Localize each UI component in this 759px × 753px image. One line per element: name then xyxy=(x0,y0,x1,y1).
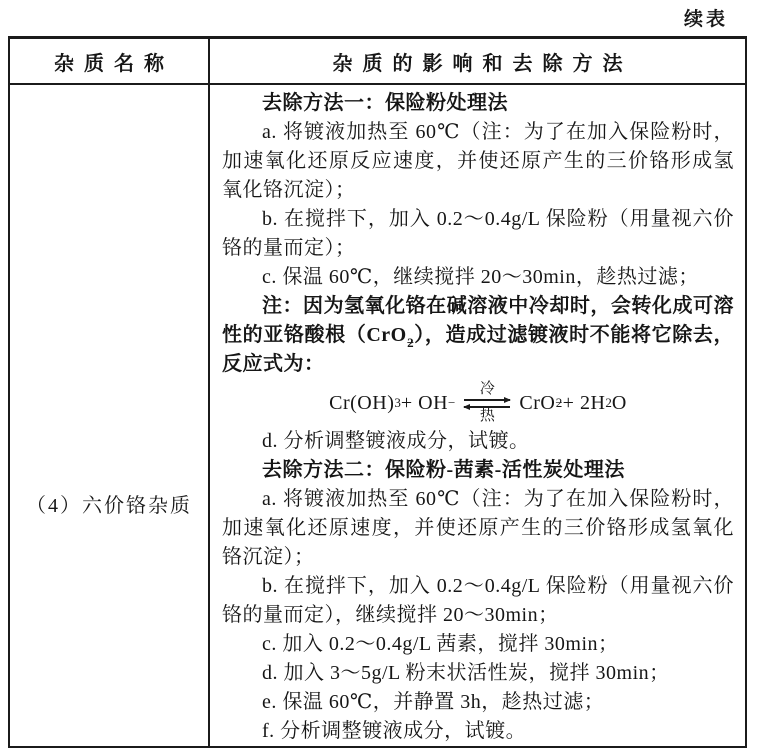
method-2-step-b: b. 在搅拌下，加入 0.2～0.4g/L 保险粉（用量视六价铬的量而定），继续… xyxy=(222,572,734,630)
equation-rhs-mid: + 2H xyxy=(563,389,606,418)
method-1-note: 注：因为氢氧化铬在碱溶液中冷却时，会转化成可溶性的亚铬酸根（CrO−2），造成过… xyxy=(222,292,734,379)
method-2-step-a: a. 将镀液加热至 60℃（注：为了在加入保险粉时，加速氧化还原速度，并使还原产… xyxy=(222,485,734,572)
equilibrium-conditions: 冷热 xyxy=(464,382,510,424)
method-2-step-c: c. 加入 0.2～0.4g/L 茜素，搅拌 30min； xyxy=(222,630,734,659)
equation-lhs-base: Cr(OH) xyxy=(329,389,394,418)
method-1-step-c: c. 保温 60℃，继续搅拌 20～30min，趁热过滤； xyxy=(222,263,734,292)
method-1-heading: 去除方法一：保险粉处理法 xyxy=(222,89,734,118)
method-2-step-f: f. 分析调整镀液成分，试镀。 xyxy=(222,717,734,746)
method-1-step-b: b. 在搅拌下，加入 0.2～0.4g/L 保险粉（用量视六价铬的量而定）； xyxy=(222,205,734,263)
equilibrium-arrow-icon xyxy=(464,398,510,408)
table-body-row: （4）六价铬杂质 去除方法一：保险粉处理法 a. 将镀液加热至 60℃（注：为了… xyxy=(10,85,745,746)
impurity-table: 杂质名称 杂质的影响和去除方法 （4）六价铬杂质 去除方法一：保险粉处理法 a.… xyxy=(8,36,747,748)
header-cell-impurity-name: 杂质名称 xyxy=(10,39,210,83)
method-1-step-a: a. 将镀液加热至 60℃（注：为了在加入保险粉时，加速氧化还原反应速度，并使还… xyxy=(222,118,734,205)
equation-rhs-base: CrO xyxy=(519,389,555,418)
table-header-row: 杂质名称 杂质的影响和去除方法 xyxy=(10,39,745,85)
continued-table-label: 续表 xyxy=(684,4,728,31)
method-2-heading: 去除方法二：保险粉-茜素-活性炭处理法 xyxy=(222,456,734,485)
equation-rhs-end: O xyxy=(612,389,627,418)
method-2-step-d: d. 加入 3～5g/L 粉末状活性炭，搅拌 30min； xyxy=(222,659,734,688)
equation-lhs-mid: + OH xyxy=(401,389,448,418)
document-page: 续表 杂质名称 杂质的影响和去除方法 （4）六价铬杂质 去除方法一：保险粉处理法… xyxy=(0,0,759,753)
method-1-step-d: d. 分析调整镀液成分，试镀。 xyxy=(222,427,734,456)
hot-condition-label: 热 xyxy=(480,409,495,424)
chemical-equation: Cr(OH)3 + OH−冷热CrO−2 + 2H2O xyxy=(222,379,734,427)
impurity-name-cell: （4）六价铬杂质 xyxy=(10,85,210,746)
impurity-name-label: （4）六价铬杂质 xyxy=(10,489,208,518)
method-2-step-e: e. 保温 60℃，并静置 3h，趁热过滤； xyxy=(222,688,734,717)
effects-and-removal-cell: 去除方法一：保险粉处理法 a. 将镀液加热至 60℃（注：为了在加入保险粉时，加… xyxy=(210,85,745,746)
cold-condition-label: 冷 xyxy=(480,382,495,397)
header-cell-effects-and-removal: 杂质的影响和去除方法 xyxy=(210,39,745,83)
